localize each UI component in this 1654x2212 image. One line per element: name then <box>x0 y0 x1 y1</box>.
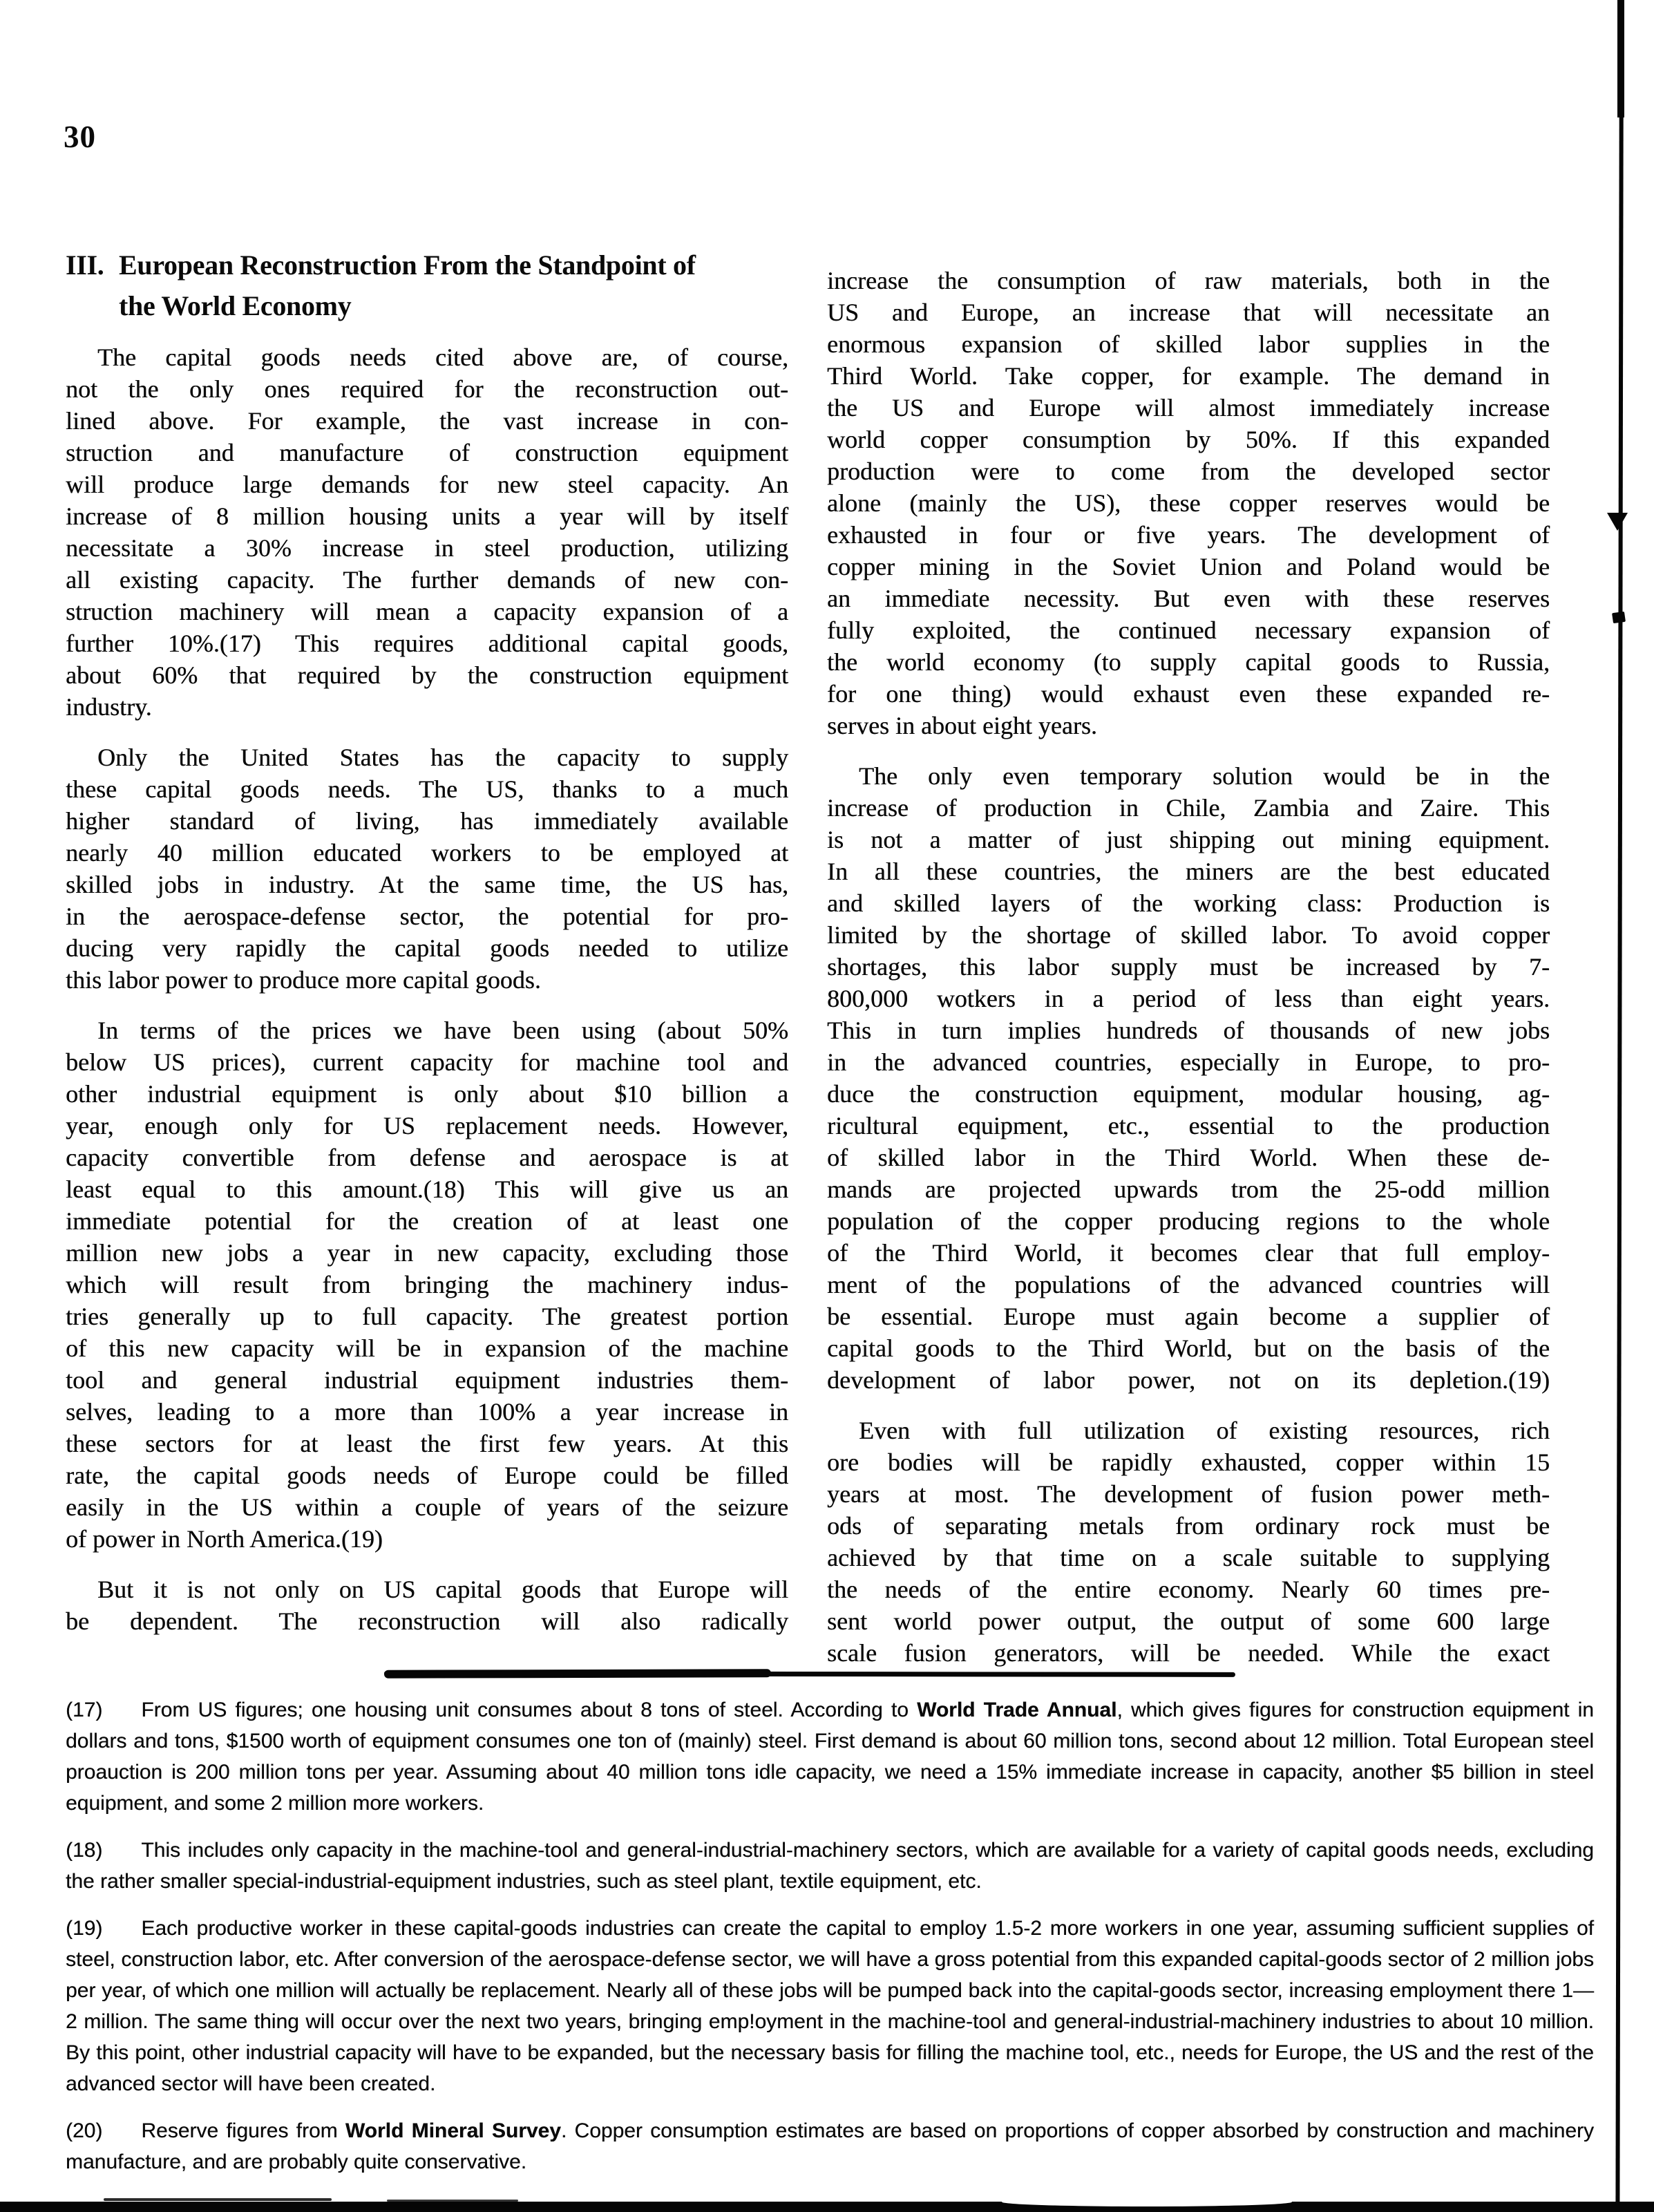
scan-artifact-bottom-bar-notch <box>1002 2197 1292 2206</box>
text-line: increase the consumption of raw material… <box>827 265 1550 296</box>
text-line: necessitate a 30% increase in steel prod… <box>66 532 788 564</box>
text-line: development of labor power, not on its d… <box>827 1364 1550 1396</box>
text-line: increase of 8 million housing units a ye… <box>66 500 788 532</box>
text-line: Only the United States has the capacity … <box>66 741 788 773</box>
text-line: of skilled labor in the Third World. Whe… <box>827 1142 1550 1173</box>
text-line: alone (mainly the US), these copper rese… <box>827 487 1550 519</box>
text-line: struction machinery will mean a capacity… <box>66 596 788 627</box>
text-line: the US and Europe will almost immediatel… <box>827 392 1550 424</box>
text-line: industry. <box>66 691 788 723</box>
text-line: below US prices), current capacity for m… <box>66 1046 788 1078</box>
text-line: and skilled layers of the working class:… <box>827 887 1550 919</box>
text-line: population of the copper producing regio… <box>827 1205 1550 1237</box>
section-heading-numeral: III. <box>66 245 119 326</box>
scan-artifact-speckle <box>104 2198 332 2201</box>
text-line: years at most. The development of fusion… <box>827 1478 1550 1510</box>
scan-artifact-speckle <box>387 2200 518 2202</box>
text-line: of this new capacity will be in expansio… <box>66 1332 788 1364</box>
text-line: copper mining in the Soviet Union and Po… <box>827 551 1550 583</box>
text-line: for one thing) would exhaust even these … <box>827 678 1550 710</box>
text-line: world copper consumption by 50%. If this… <box>827 424 1550 455</box>
text-line: limited by the shortage of skilled labor… <box>827 919 1550 951</box>
text-line: US and Europe, an increase that will nec… <box>827 296 1550 328</box>
left-column: The capital goods needs cited above are,… <box>66 341 788 1637</box>
text-line: be dependent. The reconstruction will al… <box>66 1605 788 1637</box>
text-line: these capital goods needs. The US, thank… <box>66 773 788 805</box>
document-page: 30 III. European Reconstruction From the… <box>0 0 1654 2212</box>
footnote-number: (19) <box>66 1917 102 1940</box>
text-line: an immediate necessity. But even with th… <box>827 583 1550 614</box>
paragraph: The only even temporary solution would b… <box>827 760 1550 1396</box>
text-line: rate, the capital goods needs of Europe … <box>66 1459 788 1491</box>
text-line: nearly 40 million educated workers to be… <box>66 837 788 869</box>
text-line: will produce large demands for new steel… <box>66 469 788 500</box>
text-line: achieved by that time on a scale suitabl… <box>827 1542 1550 1573</box>
text-line: 800,000 wotkers in a period of less than… <box>827 983 1550 1014</box>
footnote-text: Each productive worker in these capital-… <box>66 1917 1594 2095</box>
paragraph: increase the consumption of raw material… <box>827 265 1550 741</box>
text-line: mands are projected upwards trom the 25-… <box>827 1173 1550 1205</box>
footnote: (18)This includes only capacity in the m… <box>66 1835 1594 1897</box>
section-heading-text: European Reconstruction From the Standpo… <box>119 245 696 326</box>
text-line: enormous expansion of skilled labor supp… <box>827 328 1550 360</box>
scan-artifact-bottom-bar <box>0 2202 1654 2212</box>
text-line: is not a matter of just shipping out min… <box>827 824 1550 856</box>
section-heading-line: the World Economy <box>119 285 696 326</box>
paragraph: Only the United States has the capacity … <box>66 741 788 996</box>
footnote-number: (17) <box>66 1699 102 1721</box>
scan-artifact-tick-mark <box>1612 612 1626 623</box>
text-line: ore bodies will be rapidly exhausted, co… <box>827 1446 1550 1478</box>
text-line: immediate potential for the creation of … <box>66 1205 788 1237</box>
text-line: in the aerospace-defense sector, the pot… <box>66 900 788 932</box>
text-line: tries generally up to full capacity. The… <box>66 1301 788 1332</box>
text-line: easily in the US within a couple of year… <box>66 1491 788 1523</box>
paragraph: In terms of the prices we have been usin… <box>66 1014 788 1555</box>
text-line: million new jobs a year in new capacity,… <box>66 1237 788 1269</box>
text-line: further 10%.(17) This requires additiona… <box>66 627 788 659</box>
text-line: these sectors for at least the first few… <box>66 1428 788 1459</box>
text-line: production were to come from the develop… <box>827 455 1550 487</box>
text-line: other industrial equipment is only about… <box>66 1078 788 1110</box>
page-number: 30 <box>64 122 96 153</box>
section-heading: III. European Reconstruction From the St… <box>66 245 805 326</box>
text-line: year, enough only for US replacement nee… <box>66 1110 788 1142</box>
text-line: the world economy (to supply capital goo… <box>827 646 1550 678</box>
text-line: ducing very rapidly the capital goods ne… <box>66 932 788 964</box>
text-line: in the advanced countries, especially in… <box>827 1046 1550 1078</box>
footnotes-section: (17)From US figures; one housing unit co… <box>66 1694 1594 2177</box>
footnote-text: From US figures; one housing unit consum… <box>141 1699 917 1721</box>
text-line: least equal to this amount.(18) This wil… <box>66 1173 788 1205</box>
text-line: But it is not only on US capital goods t… <box>66 1573 788 1605</box>
text-line: struction and manufacture of constructio… <box>66 437 788 469</box>
text-line: not the only ones required for the recon… <box>66 373 788 405</box>
text-line: of power in North America.(19) <box>66 1523 788 1555</box>
text-line: skilled jobs in industry. At the same ti… <box>66 869 788 900</box>
text-line: increase of production in Chile, Zambia … <box>827 792 1550 824</box>
text-line: Third World. Take copper, for example. T… <box>827 360 1550 392</box>
footnote: (17)From US figures; one housing unit co… <box>66 1694 1594 1819</box>
scan-artifact-arrow-mark <box>1607 513 1628 531</box>
text-line: about 60% that required by the construct… <box>66 659 788 691</box>
text-line: This in turn implies hundreds of thousan… <box>827 1014 1550 1046</box>
footnote-text: Reserve figures from <box>141 2119 345 2142</box>
text-line: all existing capacity. The further deman… <box>66 564 788 596</box>
text-line: higher standard of living, has immediate… <box>66 805 788 837</box>
footnote-number: (18) <box>66 1839 102 1862</box>
text-line: duce the construction equipment, modular… <box>827 1078 1550 1110</box>
text-line: In all these countries, the miners are t… <box>827 856 1550 887</box>
text-line: Even with full utilization of existing r… <box>827 1415 1550 1446</box>
footnote-separator-line-thick-segment <box>384 1669 771 1678</box>
text-line: sent world power output, the output of s… <box>827 1605 1550 1637</box>
text-line: capital goods to the Third World, but on… <box>827 1332 1550 1364</box>
text-line: fully exploited, the continued necessary… <box>827 614 1550 646</box>
text-line: exhausted in four or five years. The dev… <box>827 519 1550 551</box>
text-line: tool and general industrial equipment in… <box>66 1364 788 1396</box>
section-heading-line: European Reconstruction From the Standpo… <box>119 245 696 285</box>
footnote-source-title: World Mineral Survey <box>345 2119 561 2142</box>
footnote: (20)Reserve figures from World Mineral S… <box>66 2115 1594 2177</box>
text-line: ricultural equipment, etc., essential to… <box>827 1110 1550 1142</box>
text-line: ment of the populations of the advanced … <box>827 1269 1550 1301</box>
right-column: increase the consumption of raw material… <box>827 265 1550 1669</box>
text-line: selves, leading to a more than 100% a ye… <box>66 1396 788 1428</box>
scan-artifact-right-edge-line-top <box>1617 0 1624 117</box>
footnote: (19)Each productive worker in these capi… <box>66 1913 1594 2099</box>
text-line: of the Third World, it becomes clear tha… <box>827 1237 1550 1269</box>
text-line: the needs of the entire economy. Nearly … <box>827 1573 1550 1605</box>
paragraph: The capital goods needs cited above are,… <box>66 341 788 723</box>
text-line: be essential. Europe must again become a… <box>827 1301 1550 1332</box>
text-line: The only even temporary solution would b… <box>827 760 1550 792</box>
text-line: capacity convertible from defense and ae… <box>66 1142 788 1173</box>
text-line: shortages, this labor supply must be inc… <box>827 951 1550 983</box>
text-line: serves in about eight years. <box>827 710 1550 741</box>
footnote-text: This includes only capacity in the machi… <box>66 1839 1594 1893</box>
footnote-source-title: World Trade Annual <box>917 1699 1116 1721</box>
text-line: which will result from bringing the mach… <box>66 1269 788 1301</box>
text-line: The capital goods needs cited above are,… <box>66 341 788 373</box>
text-line: ods of separating metals from ordinary r… <box>827 1510 1550 1542</box>
scan-artifact-right-edge-line <box>1615 0 1624 2212</box>
text-line: this labor power to produce more capital… <box>66 964 788 996</box>
text-line: In terms of the prices we have been usin… <box>66 1014 788 1046</box>
paragraph: But it is not only on US capital goods t… <box>66 1573 788 1637</box>
footnote-number: (20) <box>66 2119 102 2142</box>
paragraph: Even with full utilization of existing r… <box>827 1415 1550 1669</box>
text-line: scale fusion generators, will be needed.… <box>827 1637 1550 1669</box>
text-line: lined above. For example, the vast incre… <box>66 405 788 437</box>
